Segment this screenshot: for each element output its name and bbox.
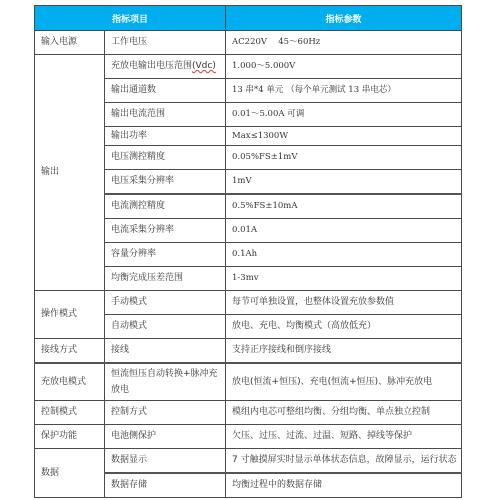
category-cell: 输出 [35, 55, 105, 291]
item-cell: 恒流恒压自动转换+脉冲充放电 [105, 363, 226, 401]
category-cell: 充放电模式 [35, 363, 105, 401]
table-header-row: 指标项目 指标参数 [35, 6, 462, 31]
item-cell: 输出电流范围 [105, 103, 226, 127]
item-cell: 电池侧保护 [105, 425, 226, 449]
item-cell: 手动模式 [105, 291, 226, 315]
value-cell: 放电、充电、均衡模式（高放低充） [226, 315, 462, 339]
value-cell: 1.000～5.000V [226, 55, 462, 79]
item-cell: 数据显示 [105, 449, 226, 474]
category-cell: 接线方式 [35, 339, 105, 364]
item-suffix: (Vdc) [192, 61, 216, 71]
item-text: 充放电输出电压范围 [111, 61, 192, 71]
item-cell: 均衡完成压差范围 [105, 267, 226, 291]
value-cell: 每节可单独设置，也整体设置充放参数值 [226, 291, 462, 315]
item-cell: 电流测控精度 [105, 194, 226, 219]
value-cell: 0.05%FS±1mV [226, 146, 462, 170]
value-cell: Max≤1300W [226, 127, 462, 146]
value-cell: 0.01～5.00A 可调 [226, 103, 462, 127]
table-row: 操作模式 手动模式 每节可单独设置，也整体设置充放参数值 [35, 291, 462, 315]
item-cell: 充放电输出电压范围(Vdc) [105, 55, 226, 79]
value-cell: 模组内电芯可整组均衡、分组均衡、单点独立控制 [226, 401, 462, 425]
item-cell: 电压采集分辨率 [105, 170, 226, 195]
table-row: 接线方式 接线 支持正序接线和倒序接线 [35, 339, 462, 364]
value-cell: 0.1Ah [226, 243, 462, 267]
item-cell: 工作电压 [105, 31, 226, 55]
table-row: 数据 数据显示 7 寸触摸屏实时显示单体状态信息，故障显示，运行状态 [35, 449, 462, 474]
table-row: 控制模式 控制方式 模组内电芯可整组均衡、分组均衡、单点独立控制 [35, 401, 462, 425]
category-cell: 控制模式 [35, 401, 105, 425]
header-param: 指标参数 [226, 6, 462, 31]
value-cell: 放电(恒流+恒压)、充电(恒流+恒压)、脉冲充放电 [226, 363, 462, 401]
value-cell: 1mV [226, 170, 462, 195]
value-cell: 1-3mv [226, 267, 462, 291]
value-cell: 13 串*4 单元 （每个单元测试 13 串电芯） [226, 79, 462, 103]
value-cell: AC220V 45～60Hz [226, 31, 462, 55]
item-cell: 输出功率 [105, 127, 226, 146]
item-cell: 控制方式 [105, 401, 226, 425]
value-cell: 支持正序接线和倒序接线 [226, 339, 462, 364]
item-cell: 输出通道数 [105, 79, 226, 103]
value-cell: 均衡过程中的数据存储 [226, 473, 462, 498]
value-cell: 7 寸触摸屏实时显示单体状态信息，故障显示，运行状态 [226, 449, 462, 474]
spec-table: 指标项目 指标参数 输入电源 工作电压 AC220V 45～60Hz 输出 充放… [34, 5, 462, 498]
value-cell: 0.01A [226, 219, 462, 243]
item-cell: 电流采集分辨率 [105, 219, 226, 243]
value-cell: 欠压、过压、过流、过温、短路、掉线等保护 [226, 425, 462, 449]
item-cell: 接线 [105, 339, 226, 364]
header-item: 指标项目 [35, 6, 226, 31]
category-cell: 操作模式 [35, 291, 105, 339]
table-row: 输入电源 工作电压 AC220V 45～60Hz [35, 31, 462, 55]
category-cell: 保护功能 [35, 425, 105, 449]
table-row: 保护功能 电池侧保护 欠压、过压、过流、过温、短路、掉线等保护 [35, 425, 462, 449]
category-cell: 输入电源 [35, 31, 105, 55]
item-cell: 电压测控精度 [105, 146, 226, 170]
item-cell: 容量分辨率 [105, 243, 226, 267]
table-row: 输出 充放电输出电压范围(Vdc) 1.000～5.000V [35, 55, 462, 79]
item-cell: 数据存储 [105, 473, 226, 498]
category-cell: 数据 [35, 449, 105, 498]
item-cell: 自动模式 [105, 315, 226, 339]
value-cell: 0.5%FS±10mA [226, 194, 462, 219]
table-row: 充放电模式 恒流恒压自动转换+脉冲充放电 放电(恒流+恒压)、充电(恒流+恒压)… [35, 363, 462, 401]
